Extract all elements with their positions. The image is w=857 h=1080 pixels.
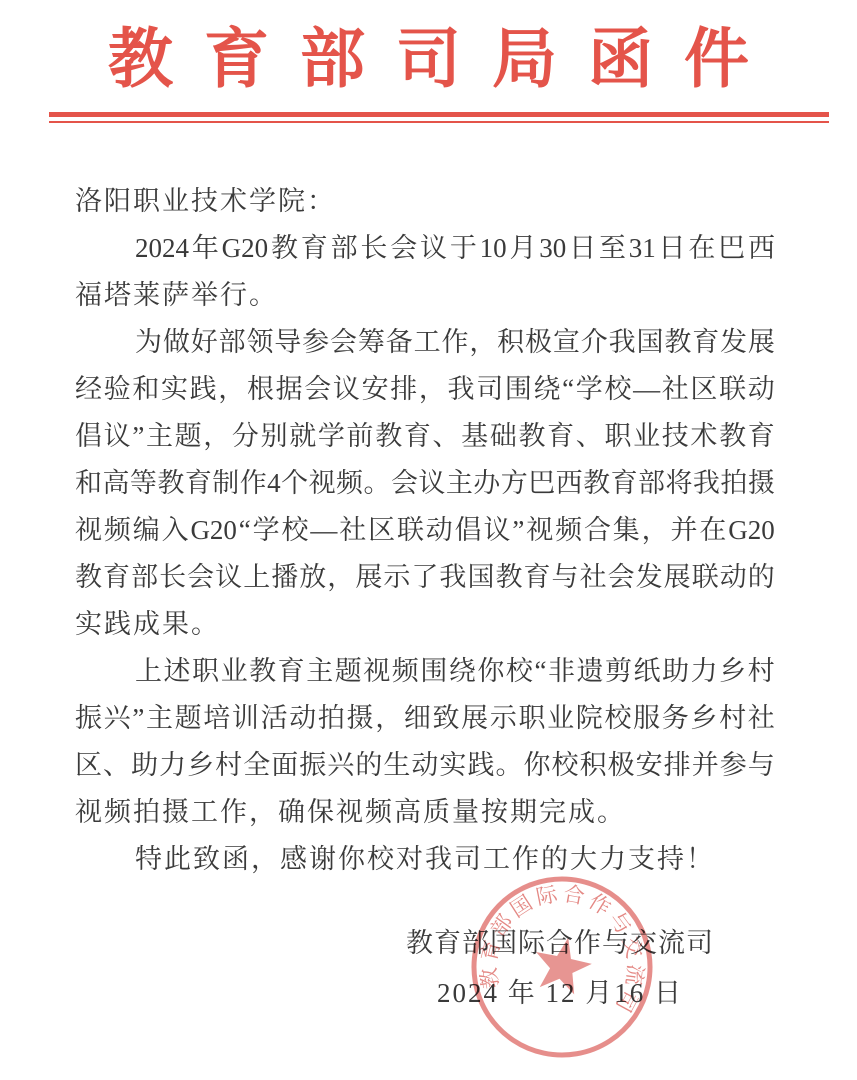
body-line: 倡议”主题，分别就学前教育、基础教育、职业技术教育 bbox=[75, 413, 775, 460]
body-line: 为做好部领导参会筹备工作，积极宣介我国教育发展 bbox=[75, 319, 775, 366]
body-line-salutation: 洛阳职业技术学院： bbox=[75, 178, 775, 225]
letterhead-rule-thin bbox=[49, 121, 829, 123]
signature-block: 教育部国际合作与交流司 2024 年 12 月16 日 bbox=[299, 920, 821, 1017]
body-line: 振兴”主题培训活动拍摄，细致展示职业院校服务乡村社 bbox=[75, 695, 775, 742]
signature-date: 2024 年 12 月16 日 bbox=[299, 970, 821, 1017]
body-line: 视频编入G20“学校—社区联动倡议”视频合集，并在G20 bbox=[75, 507, 775, 554]
body-line: 实践成果。 bbox=[75, 601, 775, 648]
letterhead-rule-thick bbox=[49, 112, 829, 117]
body-line: 福塔莱萨举行。 bbox=[75, 272, 775, 319]
body-line: 上述职业教育主题视频围绕你校“非遗剪纸助力乡村 bbox=[75, 648, 775, 695]
letter-page: 教育部司局函件 洛阳职业技术学院： 2024年G20教育部长会议于10月30日至… bbox=[0, 0, 857, 1080]
body-line: 和高等教育制作4个视频。会议主办方巴西教育部将我拍摄 bbox=[75, 460, 775, 507]
body-line: 教育部长会议上播放，展示了我国教育与社会发展联动的 bbox=[75, 554, 775, 601]
letter-body: 洛阳职业技术学院： 2024年G20教育部长会议于10月30日至31日在巴西 福… bbox=[75, 178, 775, 883]
body-line: 视频拍摄工作，确保视频高质量按期完成。 bbox=[75, 789, 775, 836]
letterhead-title: 教育部司局函件 bbox=[0, 20, 857, 100]
body-line-closing: 特此致函，感谢你校对我司工作的大力支持！ bbox=[75, 836, 775, 883]
body-line: 2024年G20教育部长会议于10月30日至31日在巴西 bbox=[75, 225, 775, 272]
signature-org: 教育部国际合作与交流司 bbox=[299, 920, 821, 967]
body-line: 经验和实践，根据会议安排，我司围绕“学校—社区联动 bbox=[75, 366, 775, 413]
body-line: 区、助力乡村全面振兴的生动实践。你校积极安排并参与 bbox=[75, 742, 775, 789]
